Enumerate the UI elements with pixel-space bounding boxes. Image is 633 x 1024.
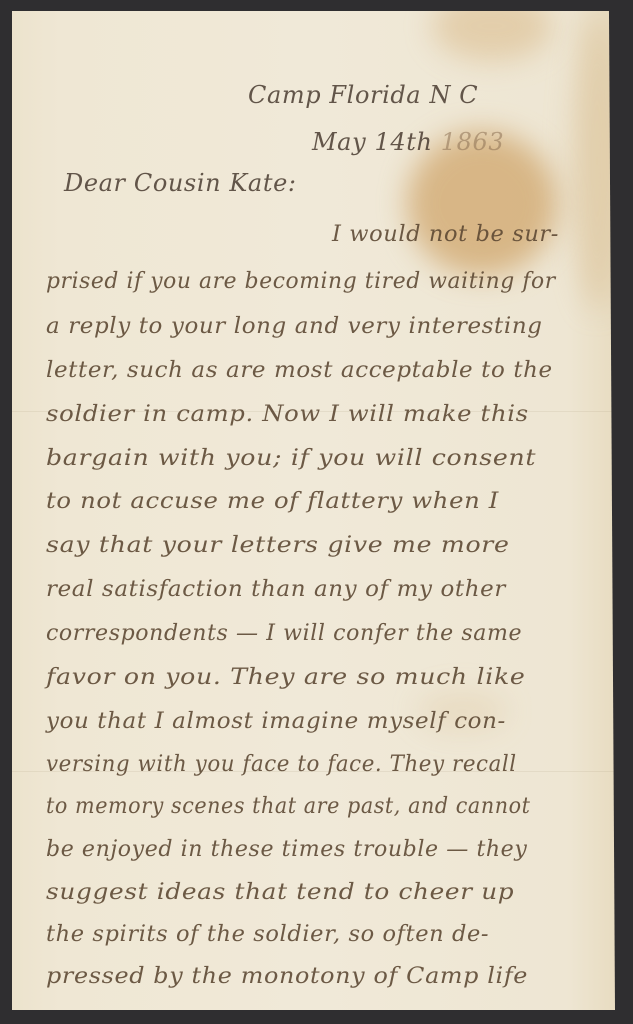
body-line: to not accuse me of flattery when I	[46, 488, 499, 514]
date-text: May 14th	[312, 128, 441, 156]
body-line: to memory scenes that are past, and cann…	[46, 793, 530, 819]
body-line: I would not be sur-	[332, 221, 559, 247]
body-line: bargain with you; if you will consent	[46, 445, 536, 471]
body-line: prised if you are becoming tired waiting…	[46, 268, 556, 294]
body-line: versing with you face to face. They reca…	[46, 751, 517, 777]
body-line: letter, such as are most acceptable to t…	[46, 357, 553, 383]
body-line: pressed by the monotony of Camp life	[46, 963, 528, 989]
body-line: suggest ideas that tend to cheer up	[46, 879, 514, 905]
date-year-text: 1863	[441, 128, 504, 156]
body-line: say that your letters give me more	[46, 532, 510, 558]
letter-date: May 14th 1863	[312, 128, 504, 156]
body-line: the spirits of the soldier, so often de-	[46, 921, 489, 947]
body-line: soldier in camp. Now I will make this	[46, 401, 529, 427]
body-line: favor on you. They are so much like	[46, 664, 526, 690]
place-text: Camp Florida N C	[248, 81, 478, 109]
body-line: a reply to your long and very interestin…	[46, 313, 543, 339]
body-line: be enjoyed in these times trouble — they	[46, 836, 527, 862]
body-line: you that I almost imagine myself con-	[46, 708, 506, 734]
body-line: correspondents — I will confer the same	[46, 620, 522, 646]
salutation: Dear Cousin Kate:	[64, 169, 297, 197]
letter-page: Camp Florida N C May 14th 1863 Dear Cous…	[12, 11, 615, 1010]
body-line: real satisfaction than any of my other	[46, 576, 506, 602]
letter-place: Camp Florida N C	[248, 81, 478, 109]
edge-discoloration	[572, 11, 615, 311]
water-stain-top	[432, 11, 552, 61]
